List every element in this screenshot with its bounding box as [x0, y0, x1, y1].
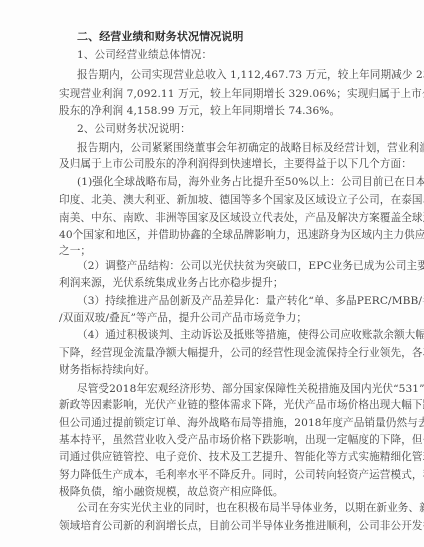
market-paragraph-line: 但公司通过提前锁定订单、海外战略布局等措施，2018年度产品销量仍然与去年	[59, 416, 424, 430]
point1-line: 印度、北美、澳大利亚、新加坡、德国等多个国家及区域设立子公司，在泰国、	[59, 193, 424, 207]
section-heading: 二、经营业绩和财务状况情况说明	[77, 30, 244, 44]
point4-line: 下降，经营现金流量净额大幅提升，公司的经营性现金流保持全行业领先，各项	[59, 346, 424, 360]
point4-line: （4）通过积极谈判、主动诉讼及抵账等措施，使得公司应收账款余额大幅	[77, 328, 424, 342]
paragraph-line: 及归属于上市公司股东的净利润得到快速增长，主要得益于以下几个方面：	[59, 157, 412, 171]
semiconductor-paragraph-line: 公司在夯实光伏主业的同时，也在积极布局半导体业务，以期在新业务、新	[77, 501, 424, 515]
market-paragraph-line: 新政等因素影响，光伏产业链的整体需求下降，光伏产品市场价格出现大幅下跌，	[59, 398, 424, 412]
market-paragraph-line: 极降负债，缩小融资规模，故总资产相应降低。	[59, 485, 284, 499]
paragraph-line: 实现营业利润 7,092.11 万元，较上年同期增长 329.06%；实现归属于…	[59, 87, 424, 101]
point1-line: (1)强化全球战略布局，海外业务占比提升至50%以上：公司目前已在日本、	[77, 175, 424, 189]
section2-title: 2、公司财务状况说明：	[77, 122, 191, 136]
document-page: 二、经营业绩和财务状况情况说明 1、公司经营业绩总体情况： 报告期内，公司实现营…	[0, 0, 424, 547]
point2-line: 利润来源，光伏系统集成业务占比亦稳步提升；	[59, 276, 284, 290]
section1-title: 1、公司经营业绩总体情况：	[77, 48, 212, 62]
point2-line: （2）调整产品结构：公司以光伏扶贫为突破口，EPC业务已成为公司主要的	[77, 259, 424, 273]
point1-line: 南美、中东、南欧、非洲等国家及区域设立代表处，产品及解决方案覆盖全球逾	[59, 211, 424, 225]
point4-line: 财务指标持续向好。	[59, 363, 155, 377]
semiconductor-paragraph-line: 领域培育公司新的利润增长点，目前公司半导体业务推进顺利，公司非公开发行	[59, 519, 424, 533]
market-paragraph-line: 基本持平，虽然营业收入受产品市场价格下跌影响，出现一定幅度的下降，但公	[59, 433, 424, 447]
paragraph-line: 报告期内，公司实现营业总收入 1,112,467.73 万元，较上年同期减少 2…	[77, 68, 424, 82]
market-paragraph-line: 努力降低生产成本，毛利率水平不降反升。同时，公司转向轻资产运营模式，积	[59, 468, 424, 482]
paragraph-line: 股东的净利润 4,158.99 万元，较上年同期增长 74.36%。	[59, 104, 340, 118]
market-paragraph-line: 司通过供应链管控、电子竞价、技术及工艺提升、智能化等方式实施精细化管理，	[59, 450, 424, 464]
paragraph-line: 报告期内，公司紧紧围绕董事会年初确定的战略目标及经营计划，营业利润	[77, 141, 424, 155]
point1-line: 40个国家和地区，并借助协鑫的全球品牌影响力，迅速跻身为区域内主力供应商	[59, 228, 424, 242]
market-paragraph-line: 尽管受2018年宏观经济形势、部分国家保障性关税措施及国内光伏“531”	[77, 382, 424, 396]
point3-line: （3）持续推进产品创新及产品差异化：量产转化“单、多晶PERC/MBB/半片	[77, 294, 424, 308]
point1-line: 之一；	[59, 244, 91, 258]
point3-line: /双面双玻/叠瓦”等产品，提升公司产品市场竞争力；	[59, 311, 307, 325]
